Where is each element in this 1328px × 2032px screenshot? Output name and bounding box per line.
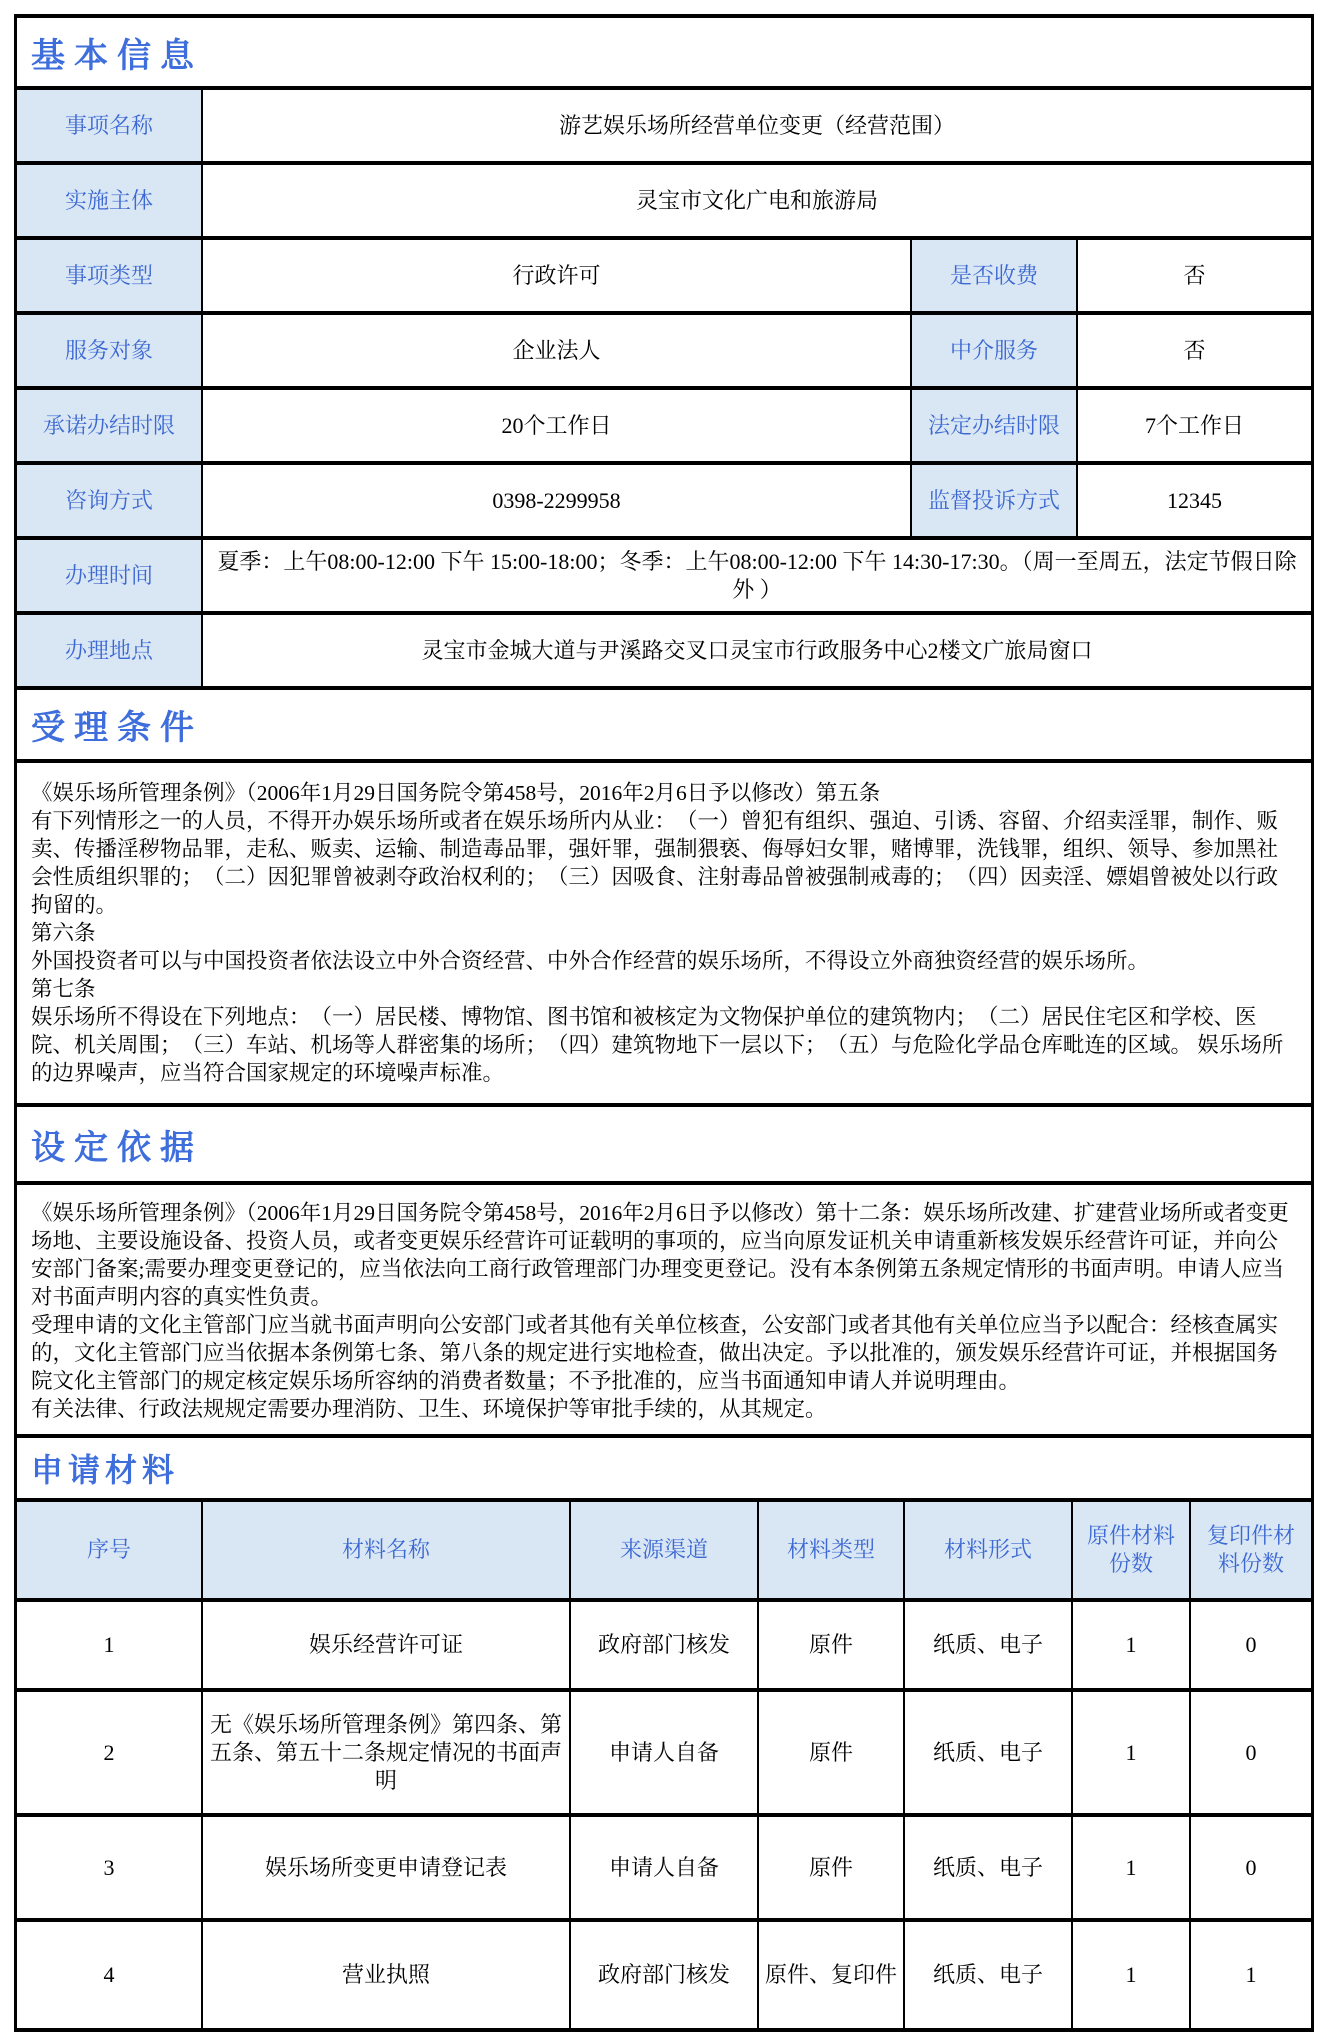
material-type: 原件 <box>757 1692 903 1813</box>
material-source: 申请人自备 <box>569 1817 757 1918</box>
material-form: 纸质、电子 <box>903 1817 1071 1918</box>
table-row-promised-time-limit: 承诺办结时限 20个工作日 法定办结时限 7个工作日 <box>17 390 1311 465</box>
material-original-copies: 1 <box>1071 1922 1189 2028</box>
section-title-setting-basis-text: 设定依据 <box>31 1120 203 1169</box>
row-value: 游艺娱乐场所经营单位变更（经营范围） <box>201 90 1311 161</box>
row-label: 事项名称 <box>17 90 201 161</box>
material-photocopies: 1 <box>1189 1922 1311 2028</box>
material-original-copies: 1 <box>1071 1817 1189 1918</box>
material-form: 纸质、电子 <box>903 1602 1071 1688</box>
materials-row-3: 3 娱乐场所变更申请登记表 申请人自备 原件 纸质、电子 1 0 <box>17 1817 1311 1922</box>
row-value-2: 否 <box>1076 315 1311 386</box>
material-seq: 3 <box>17 1817 201 1918</box>
row-value: 20个工作日 <box>201 390 910 461</box>
materials-header-source: 来源渠道 <box>569 1502 757 1598</box>
materials-header-original-copies: 原件材料份数 <box>1071 1502 1189 1598</box>
row-label: 实施主体 <box>17 165 201 236</box>
row-value-2: 否 <box>1076 240 1311 311</box>
material-type: 原件、复印件 <box>757 1922 903 2028</box>
materials-header-seq: 序号 <box>17 1502 201 1598</box>
row-label-2: 中介服务 <box>910 315 1076 386</box>
section-title-acceptance-conditions-text: 受理条件 <box>31 700 203 749</box>
table-row-implementing-body: 实施主体 灵宝市文化广电和旅游局 <box>17 165 1311 240</box>
section-title-application-materials: 申请材料 <box>17 1438 1311 1502</box>
material-name: 娱乐场所变更申请登记表 <box>201 1817 569 1918</box>
setting-basis-text: 《娱乐场所管理条例》（2006年1月29日国务院令第458号，2016年2月6日… <box>17 1185 1311 1438</box>
row-label: 服务对象 <box>17 315 201 386</box>
row-label: 办理地点 <box>17 615 201 686</box>
section-title-setting-basis: 设定依据 <box>17 1107 1311 1185</box>
material-photocopies: 0 <box>1189 1602 1311 1688</box>
row-label: 承诺办结时限 <box>17 390 201 461</box>
row-label: 事项类型 <box>17 240 201 311</box>
material-photocopies: 0 <box>1189 1817 1311 1918</box>
row-value: 灵宝市金城大道与尹溪路交叉口灵宝市行政服务中心2楼文广旅局窗口 <box>201 615 1311 686</box>
row-value-2: 7个工作日 <box>1076 390 1311 461</box>
section-title-application-materials-text: 申请材料 <box>31 1445 179 1491</box>
row-label-2: 法定办结时限 <box>910 390 1076 461</box>
materials-row-4: 4 营业执照 政府部门核发 原件、复印件 纸质、电子 1 1 <box>17 1922 1311 2028</box>
page: { "colors": { "accent_blue": "#3e6edc", … <box>0 0 1328 2032</box>
materials-header-row: 序号 材料名称 来源渠道 材料类型 材料形式 原件材料份数 复印件材料份数 <box>17 1502 1311 1602</box>
row-label: 咨询方式 <box>17 465 201 536</box>
material-seq: 2 <box>17 1692 201 1813</box>
material-source: 申请人自备 <box>569 1692 757 1813</box>
materials-row-1: 1 娱乐经营许可证 政府部门核发 原件 纸质、电子 1 0 <box>17 1602 1311 1692</box>
material-name: 娱乐经营许可证 <box>201 1602 569 1688</box>
service-detail-document: 基本信息 事项名称 游艺娱乐场所经营单位变更（经营范围） 实施主体 灵宝市文化广… <box>14 14 1314 2032</box>
row-value: 0398-2299958 <box>201 465 910 536</box>
row-value: 夏季：上午08:00-12:00 下午 15:00-18:00；冬季：上午08:… <box>201 540 1311 611</box>
material-seq: 1 <box>17 1602 201 1688</box>
row-label: 办理时间 <box>17 540 201 611</box>
section-title-acceptance-conditions: 受理条件 <box>17 690 1311 763</box>
material-seq: 4 <box>17 1922 201 2028</box>
material-form: 纸质、电子 <box>903 1922 1071 2028</box>
row-label-2: 是否收费 <box>910 240 1076 311</box>
acceptance-conditions-text: 《娱乐场所管理条例》（2006年1月29日国务院令第458号，2016年2月6日… <box>17 763 1311 1107</box>
table-row-office-location: 办理地点 灵宝市金城大道与尹溪路交叉口灵宝市行政服务中心2楼文广旅局窗口 <box>17 615 1311 690</box>
material-original-copies: 1 <box>1071 1692 1189 1813</box>
material-photocopies: 0 <box>1189 1692 1311 1813</box>
table-row-item-name: 事项名称 游艺娱乐场所经营单位变更（经营范围） <box>17 90 1311 165</box>
material-type: 原件 <box>757 1602 903 1688</box>
materials-header-photocopies: 复印件材料份数 <box>1189 1502 1311 1598</box>
material-form: 纸质、电子 <box>903 1692 1071 1813</box>
materials-row-2: 2 无《娱乐场所管理条例》第四条、第五条、第五十二条规定情况的书面声明 申请人自… <box>17 1692 1311 1817</box>
material-original-copies: 1 <box>1071 1602 1189 1688</box>
section-title-basic-info-text: 基本信息 <box>31 28 203 77</box>
table-row-item-type: 事项类型 行政许可 是否收费 否 <box>17 240 1311 315</box>
table-row-service-target: 服务对象 企业法人 中介服务 否 <box>17 315 1311 390</box>
section-title-basic-info: 基本信息 <box>17 18 1311 90</box>
row-label-2: 监督投诉方式 <box>910 465 1076 536</box>
material-source: 政府部门核发 <box>569 1922 757 2028</box>
row-value: 企业法人 <box>201 315 910 386</box>
material-name: 营业执照 <box>201 1922 569 2028</box>
table-row-office-hours: 办理时间 夏季：上午08:00-12:00 下午 15:00-18:00；冬季：… <box>17 540 1311 615</box>
row-value: 行政许可 <box>201 240 910 311</box>
materials-header-form: 材料形式 <box>903 1502 1071 1598</box>
material-type: 原件 <box>757 1817 903 1918</box>
row-value-2: 12345 <box>1076 465 1311 536</box>
materials-header-type: 材料类型 <box>757 1502 903 1598</box>
materials-header-name: 材料名称 <box>201 1502 569 1598</box>
row-value: 灵宝市文化广电和旅游局 <box>201 165 1311 236</box>
material-source: 政府部门核发 <box>569 1602 757 1688</box>
material-name: 无《娱乐场所管理条例》第四条、第五条、第五十二条规定情况的书面声明 <box>201 1692 569 1813</box>
table-row-consultation: 咨询方式 0398-2299958 监督投诉方式 12345 <box>17 465 1311 540</box>
